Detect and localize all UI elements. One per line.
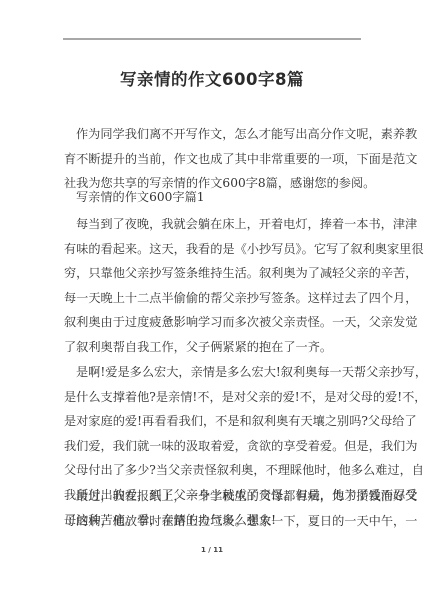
text-line: 是啊!爱是多么宏大，亲情是多么宏大!叙利奥每一天帮父亲抄写， — [64, 360, 360, 385]
text-line: 是对家庭的爱!再看看我们，不是和叙利奥有天壤之别吗?父母给了 — [64, 409, 360, 434]
text-line: 有味的看起来。这天，我看的是《小抄写员》。它写了叙利奥家里很 — [64, 237, 360, 262]
text-line: 叙利奥由于过度疲惫影响学习而多次被父亲责怪。一天，父亲发觉 — [64, 310, 360, 335]
text-line: 了叙利奥帮自我工作，父子俩紧紧的抱在了一齐。 — [64, 335, 360, 360]
text-line: 最近，我在报纸上，一个学校生的父母都有病，为了攒钱治好父 — [64, 484, 360, 509]
text-line: 作为同学我们离不开写作文，怎么才能写出高分作文呢，素养教 — [64, 122, 360, 147]
text-line: 每一天晚上十二点半偷偷的帮父亲抄写签条。这样过去了四个月， — [64, 286, 360, 311]
paragraph-1: 每当到了夜晚，我就会躺在床上，开着电灯，捧着一本书，津津 有味的看起来。这天，我… — [64, 212, 360, 360]
header-rule — [63, 38, 361, 40]
document-title: 写亲情的作文600字8篇 — [0, 66, 424, 90]
text-line: 育不断提升的当前，作文也成了其中非常重要的一项，下面是范文 — [64, 147, 360, 172]
text-line: 穷，只靠他父亲抄写签条维持生活。叙利奥为了减轻父亲的辛苦， — [64, 261, 360, 286]
text-line: 是什么支撑着他?是亲情!不，是对父亲的爱!不，是对父母的爱!不， — [64, 385, 360, 410]
paragraph-3: 最近，我在报纸上，一个学校生的父母都有病，为了攒钱治好父 母的病，他放学时在路上… — [64, 484, 360, 533]
section-heading: 写亲情的作文600字篇1 — [76, 188, 205, 205]
text-line: 每当到了夜晚，我就会躺在床上，开着电灯，捧着一本书，津津 — [64, 212, 360, 237]
text-line: 父母付出了多少?当父亲责怪叙利奥，不理睬他时，他多么难过，自 — [64, 458, 360, 483]
intro-paragraph: 作为同学我们离不开写作文，怎么才能写出高分作文呢，素养教 育不断提升的当前，作文… — [64, 122, 360, 196]
text-line: 我们爱，我们就一味的汲取着爱，贪欲的享受着爱。但是，我们为 — [64, 434, 360, 459]
text-line: 母的病，他放学时在路上捡垃圾。想象一下，夏日的一天中午，一 — [64, 509, 360, 534]
page-number: 1 / 11 — [0, 546, 424, 554]
